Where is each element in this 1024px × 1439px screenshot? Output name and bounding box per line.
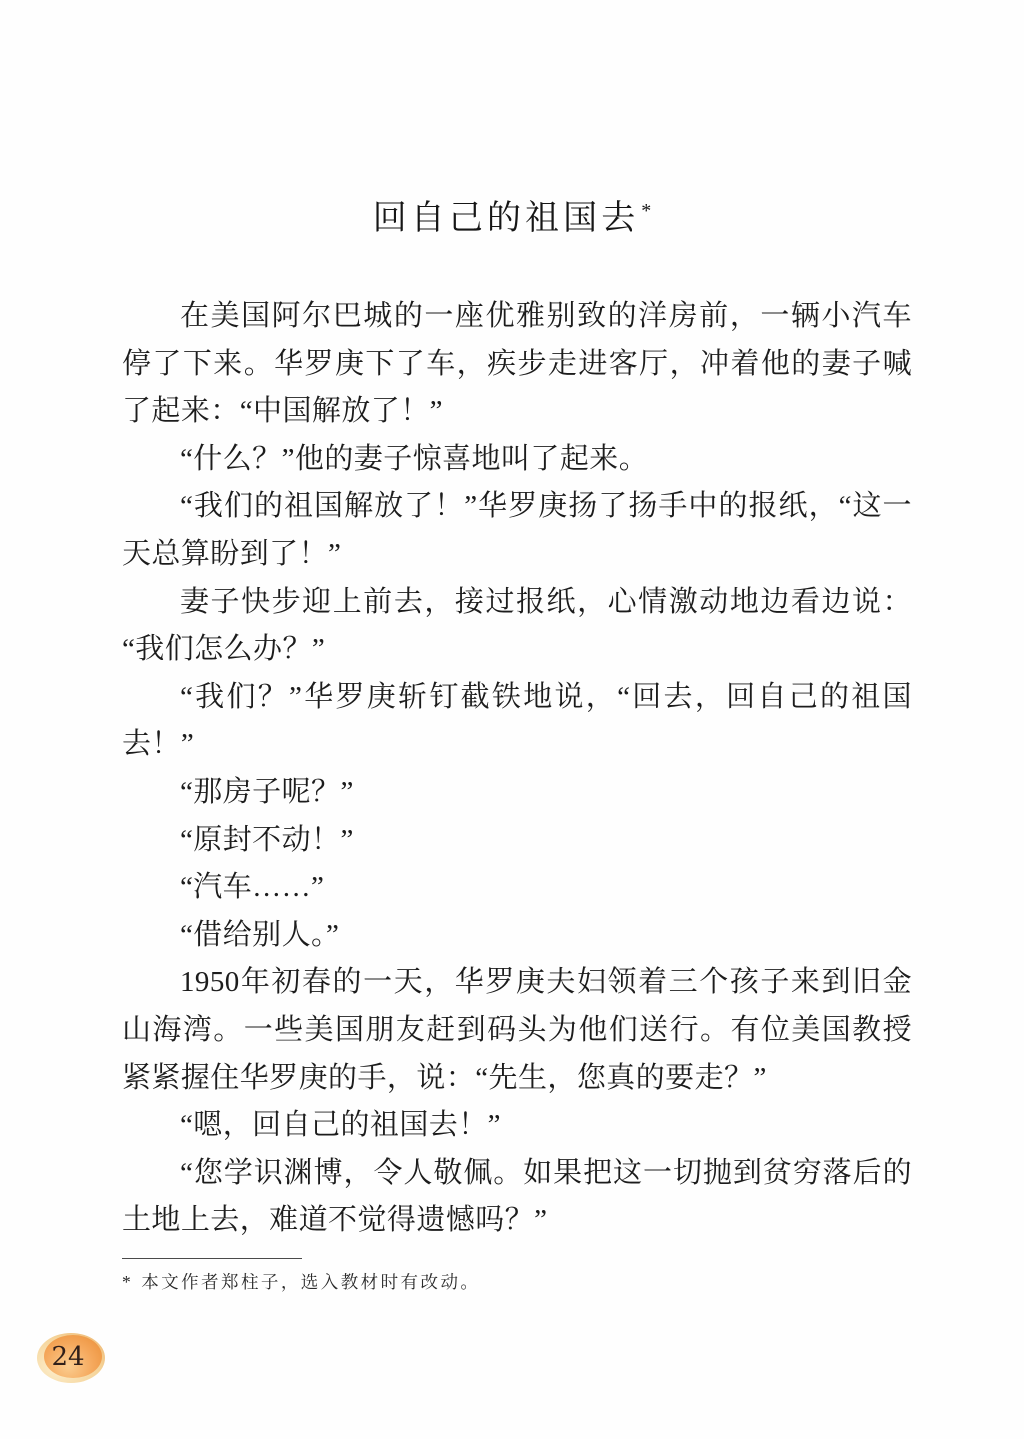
paragraph: “我们的祖国解放了！”华罗庚扬了扬手中的报纸，“这一天总算盼到了！” [122,483,912,578]
footnote-text: 本文作者郑柱子，选入教材时有改动。 [141,1272,480,1292]
paragraph: 在美国阿尔巴城的一座优雅别致的洋房前，一辆小汽车停了下来。华罗庚下了车，疾步走进… [122,293,912,436]
footnote-line: *本文作者郑柱子，选入教材时有改动。 [122,1269,822,1294]
paragraph: “什么？”他的妻子惊喜地叫了起来。 [122,436,912,484]
footnote-marker: * [122,1272,133,1292]
paragraph: “我们？”华罗庚斩钉截铁地说，“回去，回自己的祖国去！” [122,674,912,769]
paragraph: 1950年初春的一天，华罗庚夫妇领着三个孩子来到旧金山海湾。一些美国朋友赶到码头… [122,959,912,1102]
paragraph: 妻子快步迎上前去，接过报纸，心情激动地边看边说：“我们怎么办？” [122,579,912,674]
lesson-content: 回自己的祖国去* 在美国阿尔巴城的一座优雅别致的洋房前，一辆小汽车停了下来。华罗… [0,0,1024,1245]
title-footnote-marker: * [641,200,651,222]
textbook-page: 回自己的祖国去* 在美国阿尔巴城的一座优雅别致的洋房前，一辆小汽车停了下来。华罗… [0,0,1024,1439]
footnote: *本文作者郑柱子，选入教材时有改动。 [122,1258,822,1294]
paragraph: “汽车……” [122,864,912,912]
page-number: 24 [51,1342,84,1372]
lesson-body: 在美国阿尔巴城的一座优雅别致的洋房前，一辆小汽车停了下来。华罗庚下了车，疾步走进… [0,293,1024,1245]
footnote-divider [122,1258,302,1259]
page-title-text: 回自己的祖国去 [373,200,640,237]
paragraph: “原封不动！” [122,817,912,865]
page-title: 回自己的祖国去* [0,190,1024,239]
paragraph: “嗯，回自己的祖国去！” [122,1102,912,1150]
paragraph: “借给别人。” [122,912,912,960]
paragraph: “那房子呢？” [122,769,912,817]
page-number-badge: 24 [37,1333,105,1383]
paragraph: “您学识渊博，令人敬佩。如果把这一切抛到贫穷落后的土地上去，难道不觉得遗憾吗？” [122,1150,912,1245]
